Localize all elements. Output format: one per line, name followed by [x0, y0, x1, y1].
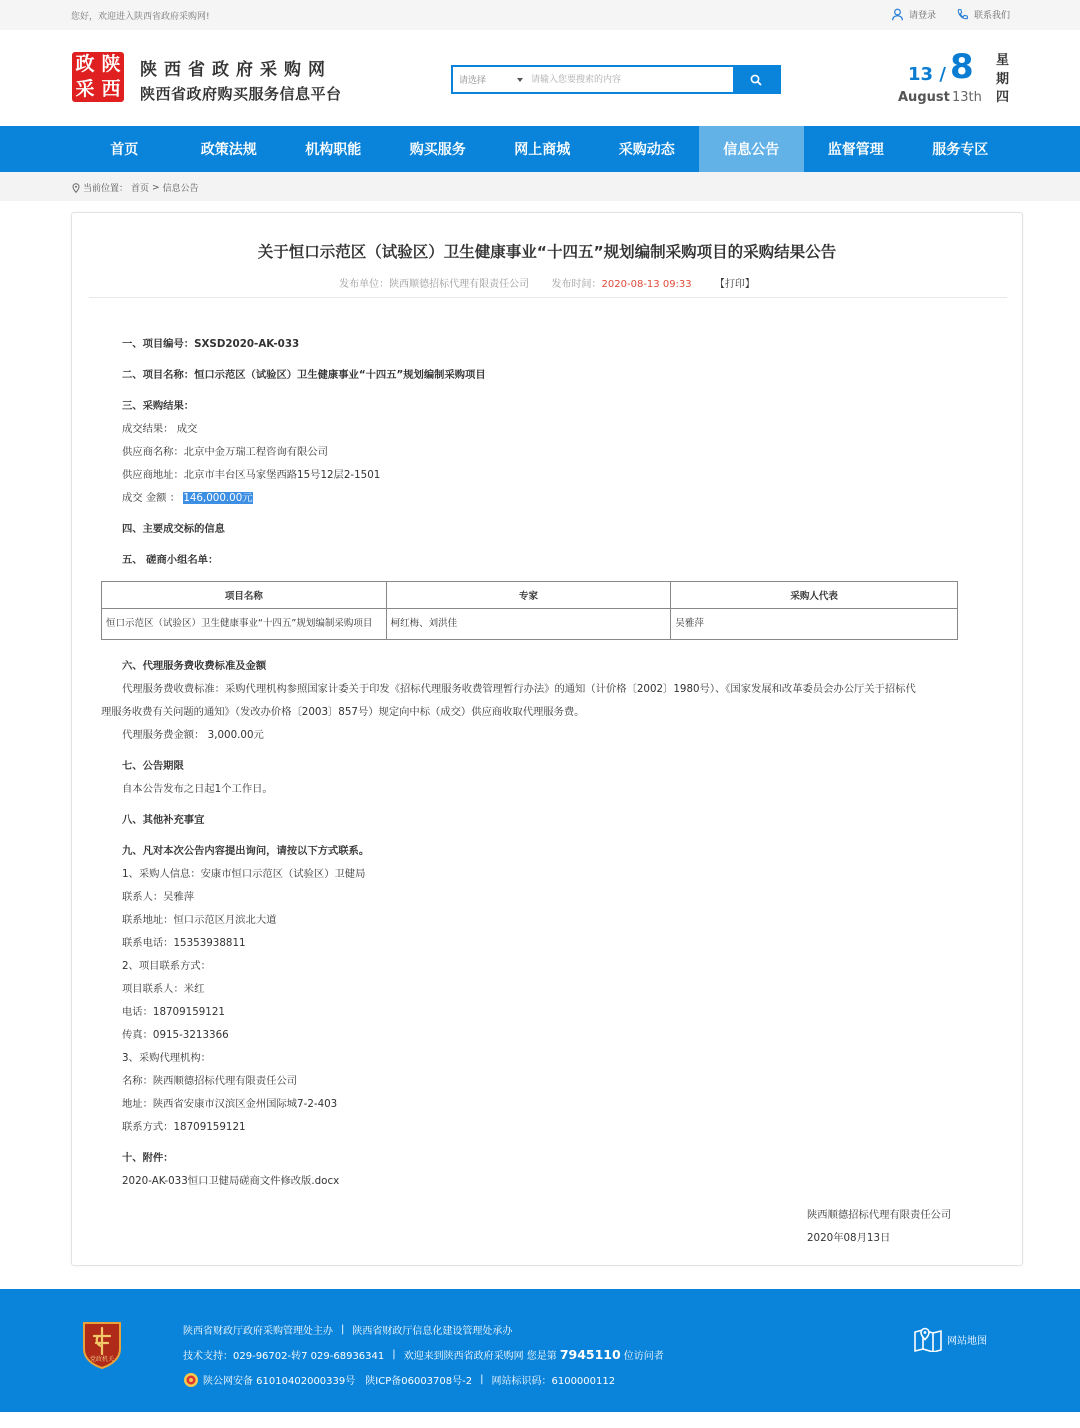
- logo-char: 陕: [98, 52, 124, 77]
- nav-item-home[interactable]: 首页: [72, 126, 177, 172]
- section-contact: 九、凡对本次公告内容提出询问，请按以下方式联系。: [122, 842, 369, 857]
- publish-time: 2020-08-13 09:33: [602, 279, 692, 290]
- print-link[interactable]: 【打印】: [715, 279, 755, 290]
- project-phone: 电话：18709159121: [122, 1003, 225, 1018]
- table-row: 恒口示范区（试验区）卫生健康事业“十四五”规划编制采购项目 柯红梅、刘洪佳 吴雅…: [102, 609, 958, 640]
- date-day: 13 /: [908, 64, 946, 85]
- title-divider: [89, 297, 1007, 298]
- date-month-number: 8: [950, 50, 974, 84]
- nav-item-supervision[interactable]: 监督管理: [804, 126, 909, 172]
- section-project-name: 二、项目名称：恒口示范区（试验区）卫生健康事业“十四五”规划编制采购项目: [122, 366, 486, 381]
- party-government-badge-icon[interactable]: 党政机关: [81, 1319, 123, 1369]
- fee-standard-line2: 理服务收费有关问题的通知》（发改办价格〔2003〕857号）规定向中标（成交）供…: [101, 703, 584, 718]
- logo-char: 西: [98, 77, 124, 102]
- section-period: 七、公告期限: [122, 757, 184, 772]
- icp-record[interactable]: 陕ICP备06003708号-2: [365, 1372, 472, 1387]
- caret-down-icon: [517, 78, 523, 82]
- breadcrumb-current[interactable]: 信息公告: [163, 181, 199, 194]
- buyer-contact: 联系人：吴雅萍: [122, 888, 194, 903]
- panel-table: 项目名称 专家 采购人代表 恒口示范区（试验区）卫生健康事业“十四五”规划编制采…: [101, 581, 958, 640]
- deal-amount-label: 成交 金额 ：: [122, 492, 183, 504]
- police-emblem-icon: [183, 1372, 199, 1388]
- attachment-link[interactable]: 2020-AK-033恒口卫健局磋商文件修改版.docx: [122, 1172, 339, 1187]
- contact-label: 联系我们: [974, 8, 1010, 21]
- supplier-name: 供应商名称：北京中金万瑞工程咨询有限公司: [122, 443, 328, 458]
- period-text: 自本公告发布之日起1个工作日。: [122, 780, 273, 795]
- article-title: 关于恒口示范区（试验区）卫生健康事业“十四五”规划编制采购项目的采购结果公告: [72, 240, 1022, 262]
- main-nav: 首页 政策法规 机构职能 购买服务 网上商城 采购动态 信息公告 监督管理 服务…: [0, 126, 1080, 172]
- footer-host: 陕西省财政厅政府采购管理处主办: [183, 1322, 333, 1337]
- logo-char: 政: [72, 52, 98, 77]
- date-weekday: 星期四: [996, 52, 1010, 108]
- logo-seal[interactable]: 政 陕 采 西: [72, 52, 124, 102]
- cell-experts: 柯红梅、刘洪佳: [386, 609, 671, 640]
- breadcrumb-separator: >: [152, 183, 160, 193]
- top-bar: 您好，欢迎进入陕西省政府采购网! 请登录 联系我们: [0, 0, 1080, 30]
- footer-undertaker: 陕西省财政厅信息化建设管理处承办: [352, 1322, 512, 1337]
- col-header-project: 项目名称: [102, 582, 387, 609]
- nav-item-service-zone[interactable]: 服务专区: [908, 126, 1013, 172]
- logo-char: 采: [72, 77, 98, 102]
- footer-welcome-prefix: 欢迎来到陕西省政府采购网 您是第: [404, 1347, 557, 1362]
- agency-heading: 3、采购代理机构：: [122, 1049, 211, 1064]
- contact-link[interactable]: 联系我们: [956, 8, 1010, 21]
- breadcrumb-prefix: 当前位置：: [83, 181, 128, 194]
- sitemap-label: 网站地图: [947, 1332, 987, 1347]
- section-other: 八、其他补充事宜: [122, 811, 204, 826]
- col-header-experts: 专家: [386, 582, 671, 609]
- top-links: 请登录 联系我们: [891, 8, 1010, 21]
- breadcrumb-home[interactable]: 首页: [131, 181, 149, 194]
- login-link[interactable]: 请登录: [891, 8, 936, 21]
- section-main-items: 四、主要成交标的信息: [122, 520, 225, 535]
- welcome-text: 您好，欢迎进入陕西省政府采购网!: [71, 9, 210, 22]
- date-month-name: August: [898, 90, 950, 105]
- site-subtitle: 陕西省政府购买服务信息平台: [140, 83, 342, 104]
- phone-icon: [956, 8, 969, 21]
- svg-text:党政机关: 党政机关: [90, 1355, 114, 1363]
- agency-name: 名称：陕西顺德招标代理有限责任公司: [122, 1072, 297, 1087]
- section-attachment: 十、附件：: [122, 1149, 173, 1164]
- article-card: 关于恒口示范区（试验区）卫生健康事业“十四五”规划编制采购项目的采购结果公告 发…: [71, 212, 1023, 1266]
- buyer-address: 联系地址：恒口示范区月滨北大道: [122, 911, 276, 926]
- cell-project: 恒口示范区（试验区）卫生健康事业“十四五”规划编制采购项目: [102, 609, 387, 640]
- search-category-label: 请选择: [459, 73, 486, 86]
- search-icon: [750, 74, 762, 86]
- site-title[interactable]: 陕西省政府采购网 陕西省政府购买服务信息平台: [140, 55, 342, 104]
- fee-amount: 代理服务费金额： 3,000.00元: [122, 726, 264, 741]
- search-bar: 请选择: [451, 65, 781, 94]
- site-name: 陕西省政府采购网: [140, 55, 342, 80]
- nav-item-announcements[interactable]: 信息公告: [699, 126, 804, 172]
- nav-item-online-mall[interactable]: 网上商城: [490, 126, 595, 172]
- sitemap-link[interactable]: 网站地图: [913, 1326, 987, 1352]
- footer: 党政机关 陕西省财政厅政府采购管理处主办 | 陕西省财政厅信息化建设管理处承办 …: [0, 1289, 1080, 1412]
- section-result-heading: 三、采购结果：: [122, 397, 194, 412]
- map-icon: [913, 1326, 943, 1352]
- deal-amount-value[interactable]: 146,000.00元: [183, 492, 252, 504]
- deal-amount: 成交 金额 ： 146,000.00元: [122, 489, 253, 504]
- section-agency-fee: 六、代理服务费收费标准及金额: [122, 657, 266, 672]
- footer-info: 陕西省财政厅政府采购管理处主办 | 陕西省财政厅信息化建设管理处承办 技术支持：…: [183, 1317, 664, 1392]
- location-pin-icon: [72, 183, 80, 193]
- date-ordinal: 13th: [952, 90, 982, 105]
- buyer-phone: 联系电话：15353938811: [122, 934, 246, 949]
- fee-standard-line1: 代理服务费收费标准：采购代理机构参照国家计委关于印发《招标代理服务收费管理暂行办…: [122, 680, 916, 695]
- supplier-address: 供应商地址：北京市丰台区马家堡西路15号12层2-1501: [122, 466, 380, 481]
- nav-item-procurement-news[interactable]: 采购动态: [595, 126, 700, 172]
- project-contact-person: 项目联系人：米红: [122, 980, 204, 995]
- site-code: 网站标识码：6100000112: [491, 1372, 615, 1387]
- search-category-select[interactable]: 请选择: [453, 67, 529, 92]
- article-meta: 发布单位：陕西顺德招标代理有限责任公司 发布时间：2020-08-13 09:3…: [72, 275, 1022, 290]
- header: 政 陕 采 西 陕西省政府采购网 陕西省政府购买服务信息平台 请选择 13 / …: [0, 30, 1080, 126]
- login-label: 请登录: [909, 8, 936, 21]
- signature-org: 陕西顺德招标代理有限责任公司: [807, 1206, 951, 1221]
- footer-tech-support: 技术支持：029-96702-转7 029-68936341: [183, 1347, 384, 1362]
- search-input[interactable]: [529, 67, 733, 92]
- project-fax: 传真：0915-3213366: [122, 1026, 229, 1041]
- breadcrumb: 当前位置： 首页 > 信息公告: [0, 172, 1080, 201]
- agency-phone: 联系方式：18709159121: [122, 1118, 246, 1133]
- user-icon: [891, 8, 904, 21]
- section-panel-list: 五、 磋商小组名单：: [122, 551, 218, 566]
- col-header-buyer-rep: 采购人代表: [671, 582, 958, 609]
- visitor-count: 7945110: [560, 1347, 621, 1362]
- table-header-row: 项目名称 专家 采购人代表: [102, 582, 958, 609]
- publisher-label: 发布单位：: [339, 279, 389, 290]
- project-contact-heading: 2、项目联系方式：: [122, 957, 211, 972]
- publisher: 陕西顺德招标代理有限责任公司: [389, 279, 529, 290]
- nav-item-agencies[interactable]: 机构职能: [281, 126, 386, 172]
- nav-item-purchase-services[interactable]: 购买服务: [386, 126, 491, 172]
- search-button[interactable]: [733, 67, 779, 92]
- deal-result: 成交结果： 成交: [122, 420, 197, 435]
- section-project-number: 一、项目编号：SXSD2020-AK-033: [122, 335, 299, 350]
- buyer-info: 1、采购人信息：安康市恒口示范区（试验区）卫健局: [122, 865, 365, 880]
- nav-item-policy[interactable]: 政策法规: [177, 126, 282, 172]
- cell-buyer-rep: 吴雅萍: [671, 609, 958, 640]
- publish-time-label: 发布时间：: [552, 279, 602, 290]
- agency-address: 地址：陕西省安康市汉滨区金州国际城7-2-403: [122, 1095, 337, 1110]
- date-widget: 13 / 8 August 13th 星期四: [895, 50, 1025, 110]
- signature-date: 2020年08月13日: [807, 1229, 890, 1244]
- footer-welcome-suffix: 位访问者: [624, 1347, 664, 1362]
- police-record[interactable]: 陕公网安备 61010402000339号: [203, 1372, 355, 1387]
